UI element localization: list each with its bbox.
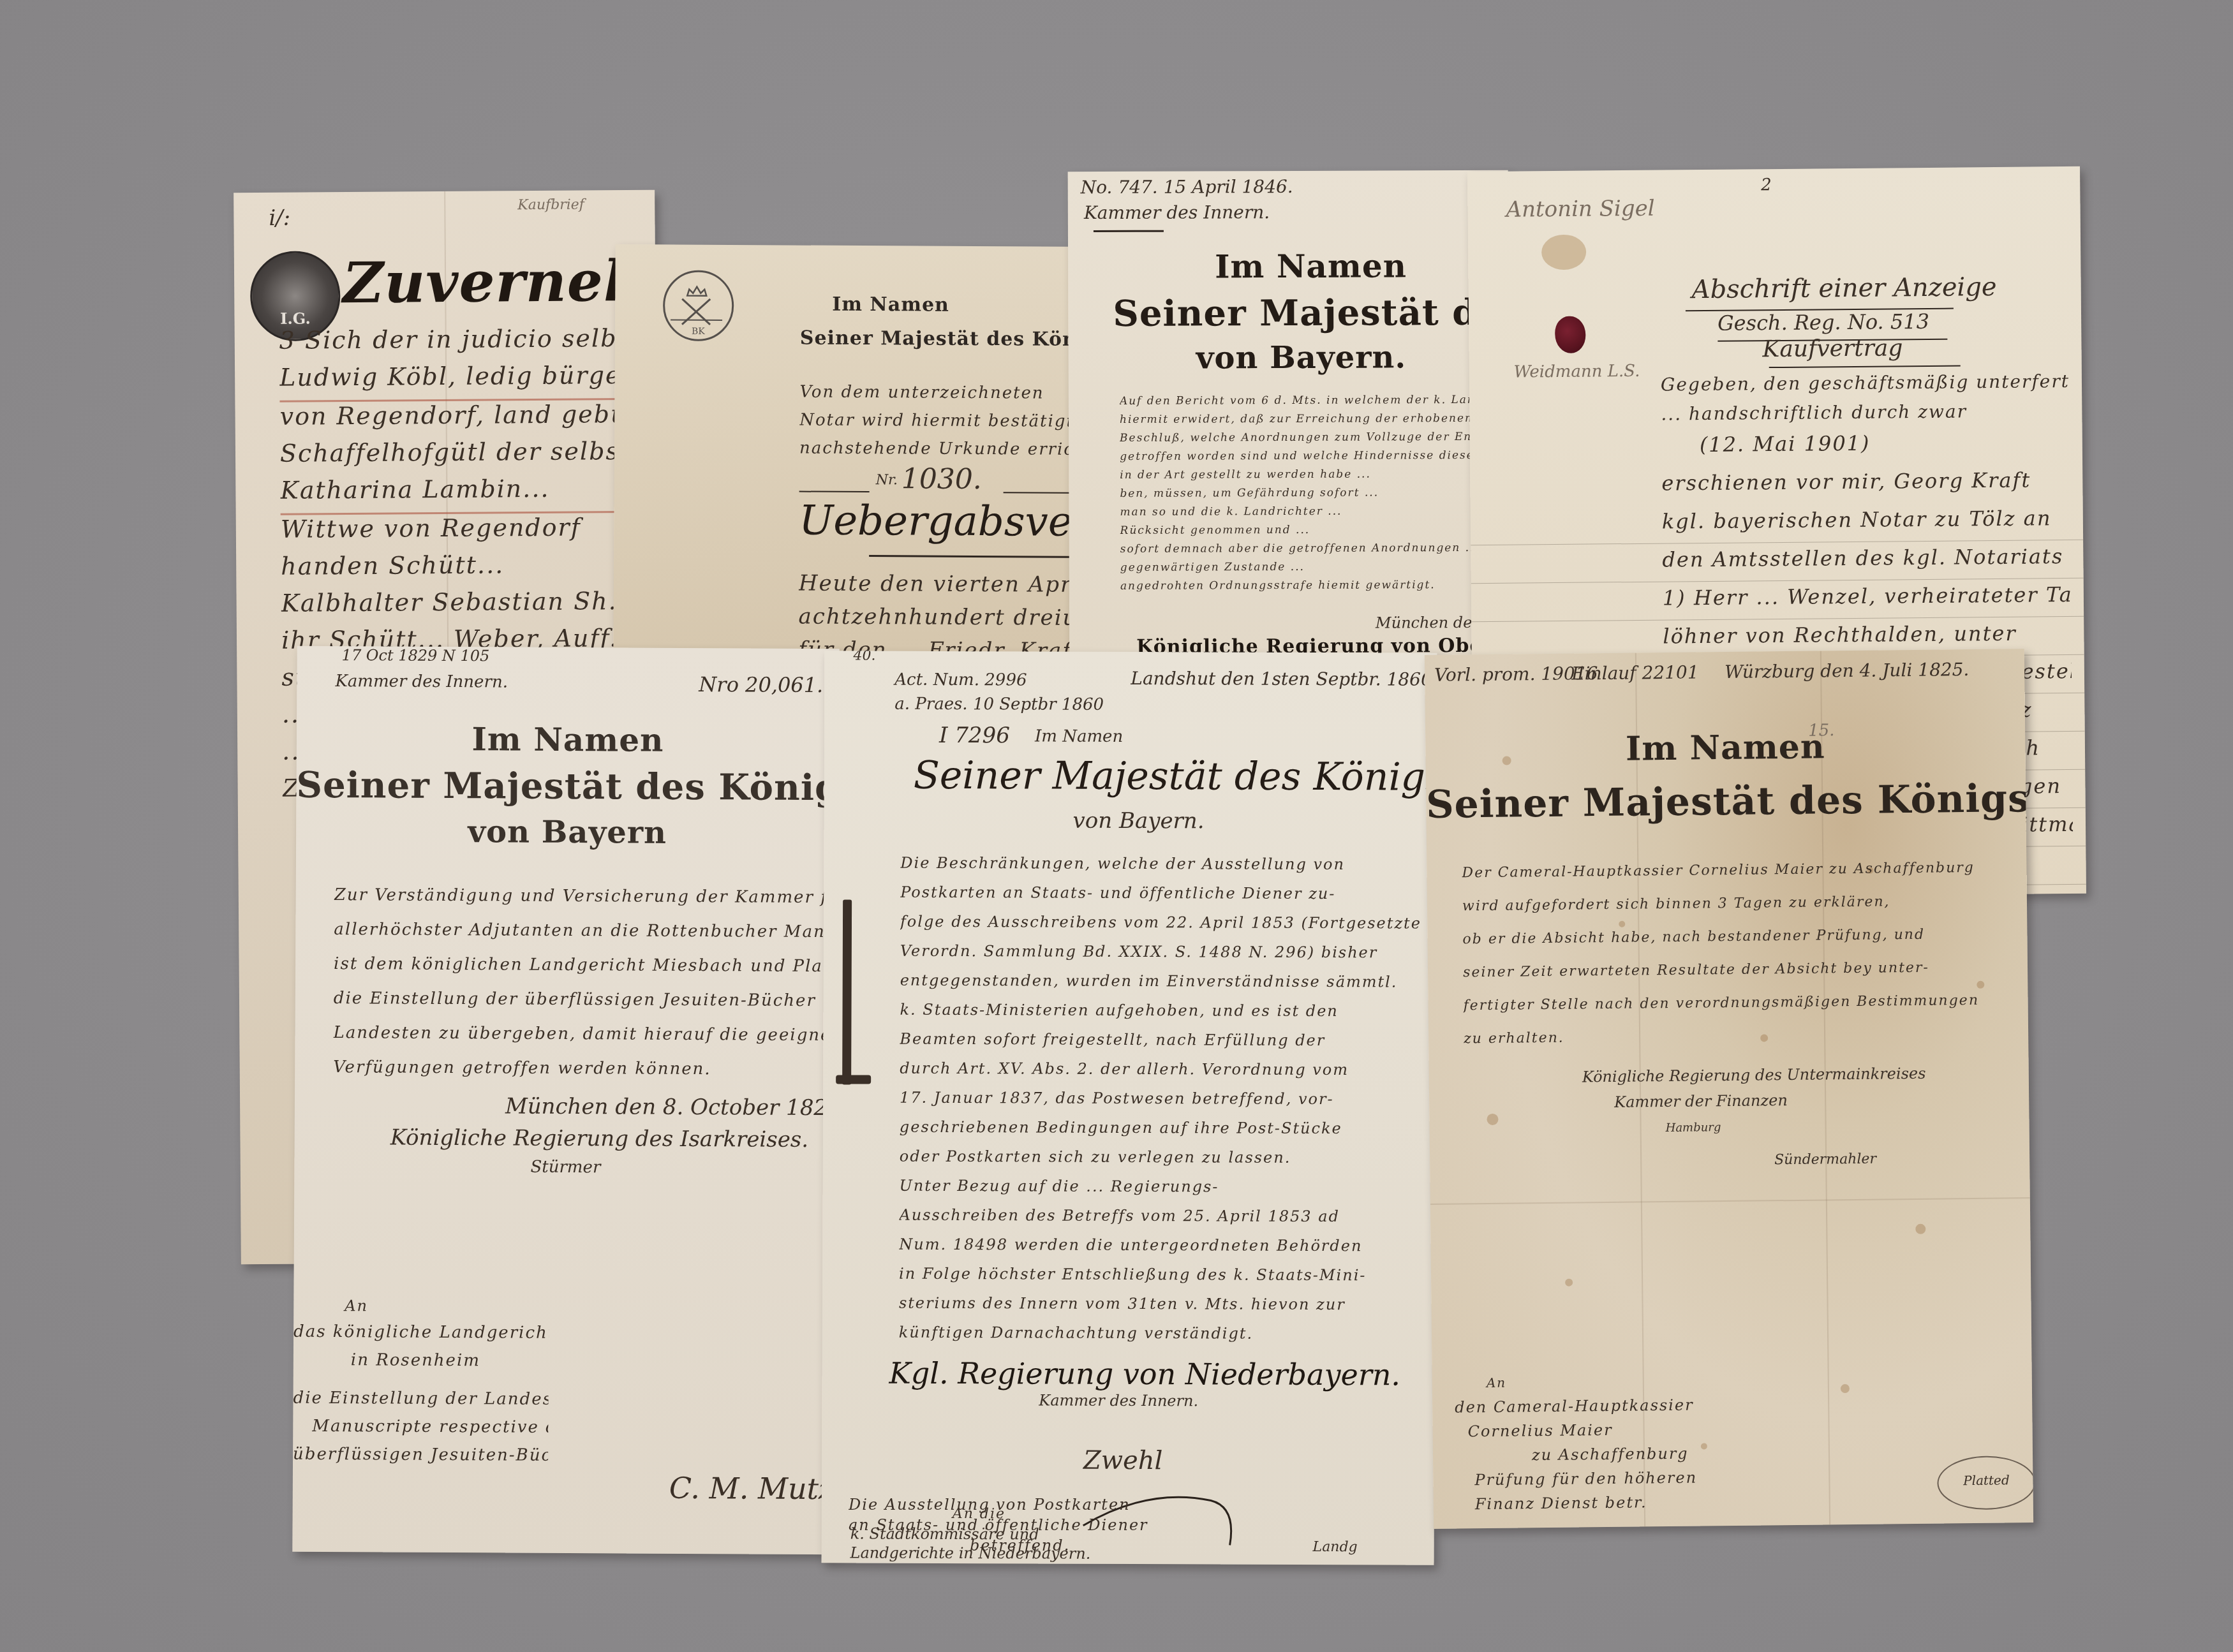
header-im-namen: Im Namen [832, 293, 949, 316]
subject-block: Die Ausstellung von Postkarten an Staats… [849, 1496, 1206, 1557]
wax-seal-icon [1555, 316, 1586, 353]
authority-sub: Kammer des Innern. [1039, 1392, 1198, 1410]
number-label: Nr. [876, 472, 898, 488]
rule [1094, 230, 1164, 232]
reference-left-2: a. Praes. 10 Septbr 1860 [894, 695, 1104, 714]
reference-2: Einlauf 22101 [1571, 661, 1699, 684]
document-title: Abschrift einer Anzeige [1691, 272, 1996, 304]
header-im-namen: Im Namen [1425, 725, 2026, 771]
crown-swords-stamp-icon: BK [663, 270, 734, 341]
header-majestaet: Seiner Majestät des Königs [296, 764, 838, 809]
pencil-note-2: Weidmann L.S. [1514, 362, 1640, 382]
document-heading: Zuvernehmen seye h [343, 245, 662, 316]
body-text: Auf den Bericht vom 6 d. Mts. in welchem… [1120, 394, 1510, 598]
document-isarkreis-1829: 17 Oct 1829 N 105 Kammer des Innern. Nro… [292, 646, 839, 1554]
top-note: 17 Oct 1829 N 105 [342, 646, 490, 665]
document-untermainkreis-1825: Vorl. prom. 19016 Einlauf 22101 Würzburg… [1425, 649, 2033, 1529]
reference: Gesch. Reg. No. 513 [1717, 309, 1929, 336]
rule [869, 555, 1099, 558]
header-von-bayern: von Bayern. [1196, 339, 1407, 376]
document-title: Uebergabsvertrag [799, 498, 1100, 547]
department: Kammer des Innern. [1084, 202, 1270, 223]
header-im-namen: Im Namen [1035, 726, 1123, 746]
metal-clip-icon [842, 899, 852, 1084]
authority: Königliche Regierung des Untermainkreise… [1582, 1065, 1926, 1086]
header-majestaet: Seiner Majestät des Königs [1426, 776, 2026, 827]
header-majestaet: Seiner Majestät des Königs [1113, 291, 1510, 335]
subtitle: Kaufvertrag [1762, 335, 1903, 362]
body-text: Zur Verständigung und Versicherung der K… [333, 885, 838, 1095]
intro-text: Von dem unterzeichneten Notar wird hierm… [799, 383, 1100, 468]
place-date: München den 8. October 1829. [505, 1094, 840, 1121]
rule [799, 491, 870, 493]
header-im-namen: Im Namen [297, 719, 839, 760]
authority-sub: Kammer der Finanzen [1614, 1091, 1788, 1111]
authority: Kgl. Regierung von Niederbayern. [889, 1356, 1400, 1392]
body-text: Der Cameral-Hauptkassier Cornelius Maier… [1462, 859, 2012, 1064]
authority: Königliche Regierung des Isarkreises. [390, 1125, 809, 1153]
pencil-note: Kaufbrief [517, 196, 584, 213]
countersignature: C. M. Mutzl [669, 1471, 840, 1506]
header-von-bayern: von Bayern. [1073, 808, 1205, 834]
signature-2: Sündermahler [1774, 1151, 1876, 1169]
body-text: Die Beschränkungen, welche der Ausstellu… [899, 854, 1424, 1355]
stamp-label: BK [665, 326, 732, 337]
department: Kammer des Innern. [335, 672, 508, 691]
document-oberbayern-1846: No. 747. 15 April 1846. Kammer des Inner… [1068, 170, 1510, 675]
header-im-namen: Im Namen [1215, 247, 1407, 285]
rule [1769, 365, 1961, 368]
oval-stamp-icon: Platted [1937, 1456, 2033, 1510]
file-number: I 7296 [939, 723, 1010, 748]
address-block: An den Cameral-Hauptkassier Cornelius Ma… [1455, 1372, 1775, 1519]
corner-note: Landg [1313, 1539, 1358, 1555]
page-number: 2 [1761, 175, 1772, 195]
reference-number: No. 747. 15 April 1846. [1081, 176, 1293, 198]
header-majestaet: Seiner Majestät des Königs von [800, 327, 1101, 351]
document-niederbayern-1860: 40. Act. Num. 2996 a. Praes. 10 Septbr 1… [822, 651, 1437, 1565]
header-von-bayern: von Bayern [296, 813, 838, 852]
oval-stamp-text: Platted [1938, 1472, 2033, 1489]
stamp-label: I.G. [252, 309, 338, 328]
pencil-note: Antonin Sigel [1506, 196, 1654, 223]
document-number: 1030. [901, 462, 982, 496]
place-date: Würzburg den 4. Juli 1825. [1725, 659, 1970, 682]
signature: Stürmer [530, 1158, 600, 1177]
corner-note: i/: [269, 205, 290, 231]
place-date: Landshut den 1sten Septbr. 1860 [1131, 668, 1432, 690]
address-block: An das königliche Landgericht in Rosenhe… [293, 1297, 549, 1474]
clip-end [836, 1075, 871, 1084]
top-margin-note: 40. [853, 651, 875, 663]
header-majestaet: Seiner Majestät des Königs [914, 753, 1437, 800]
signature-1: Hamburg [1666, 1121, 1721, 1135]
reference-left: Act. Num. 2996 [894, 670, 1027, 690]
stain [1541, 235, 1586, 270]
document-number: Nro 20,061. [699, 672, 823, 697]
